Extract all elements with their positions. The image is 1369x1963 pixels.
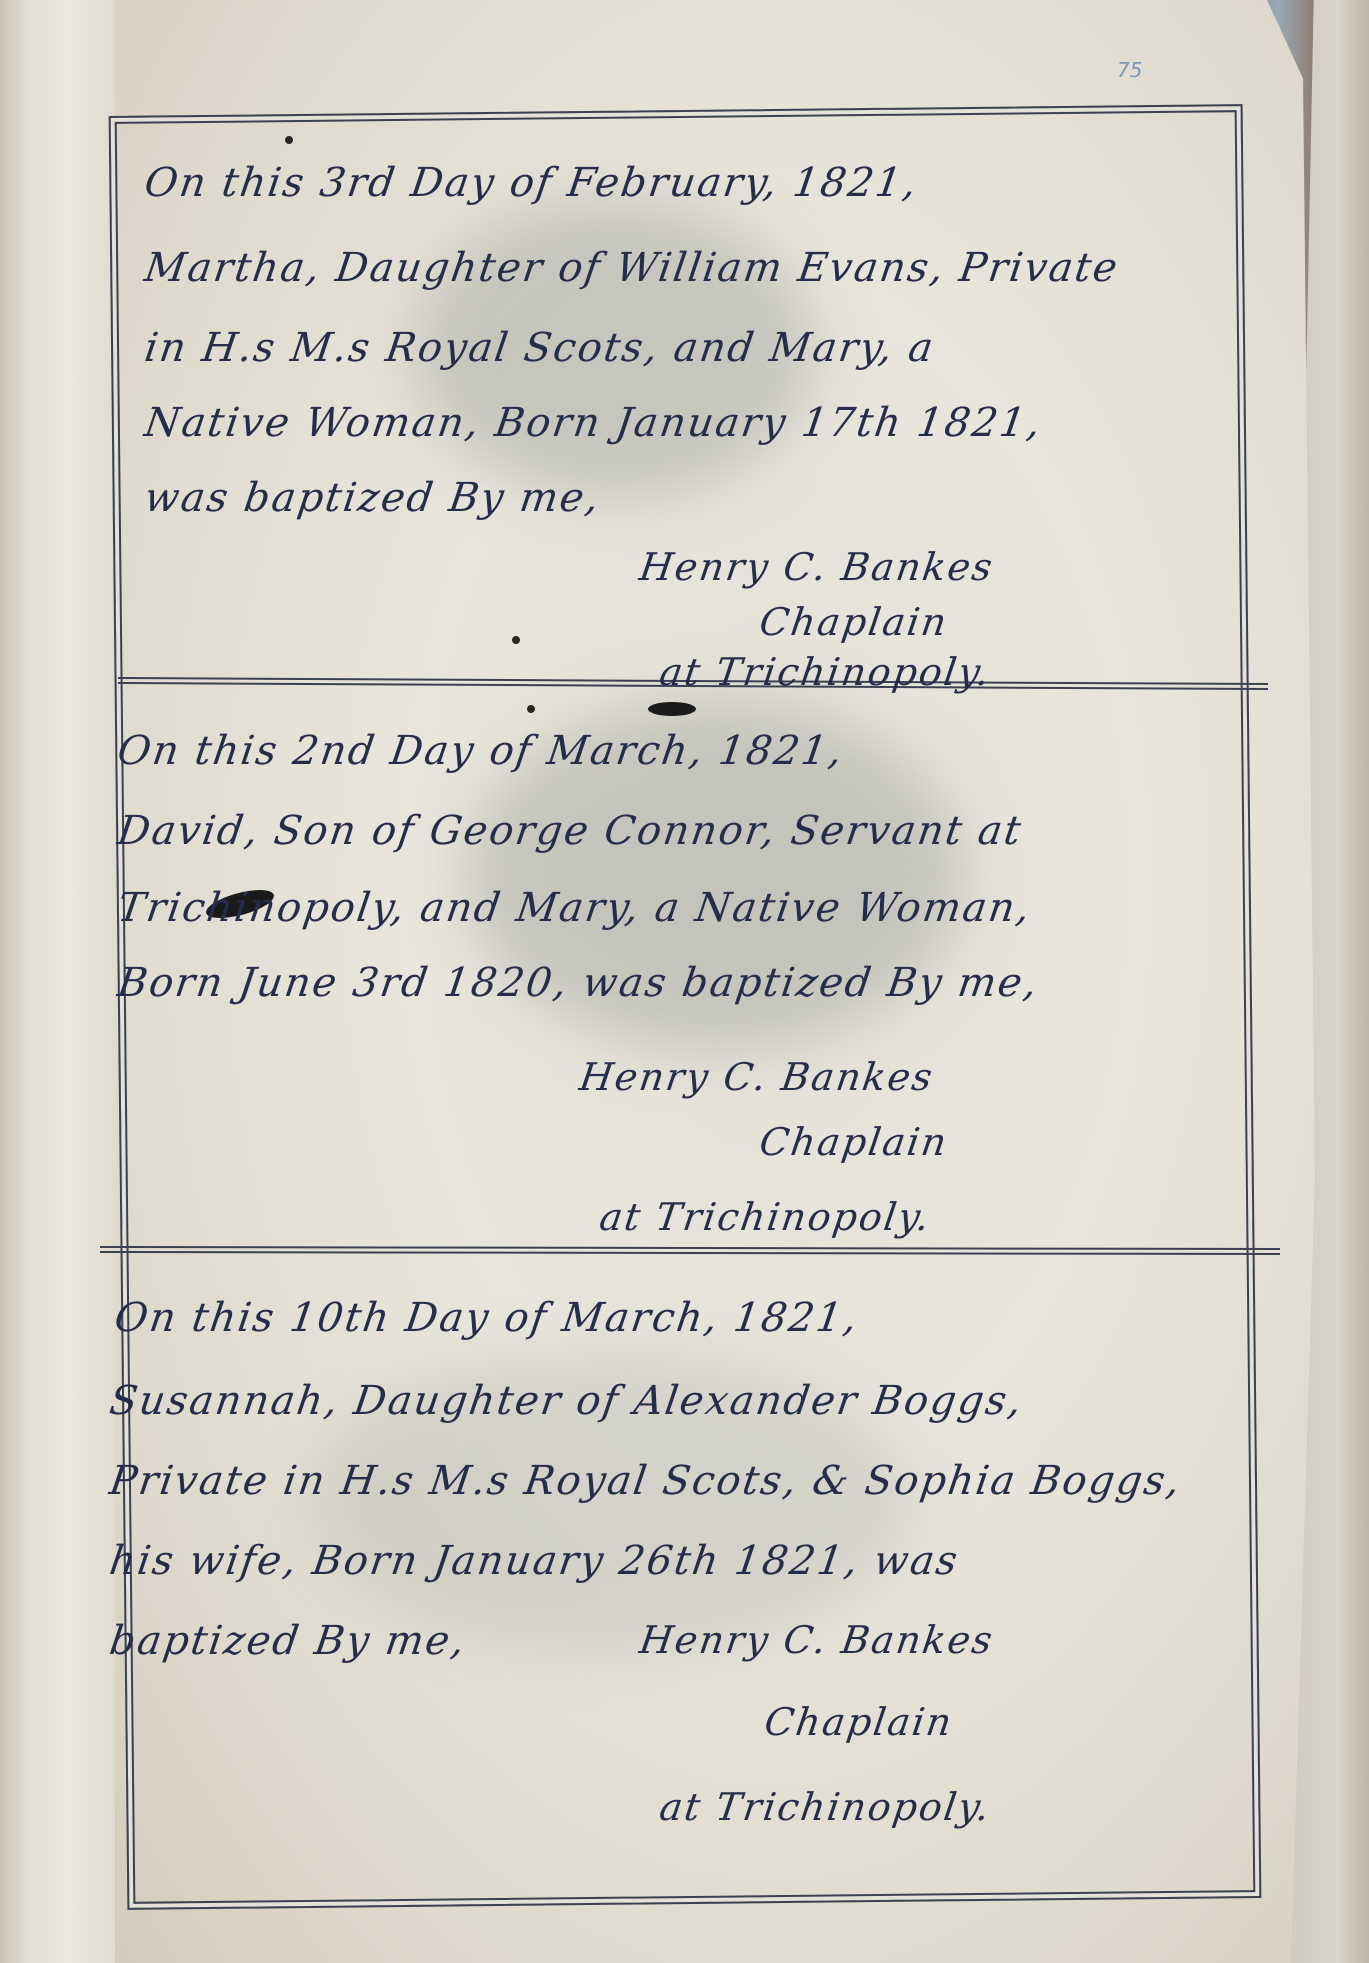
signature-place: at Trichinopoly. xyxy=(657,1785,994,1829)
signature-name: Henry C. Bankes xyxy=(637,545,997,589)
signature-place: at Trichinopoly. xyxy=(657,650,994,694)
entry-line: On this 3rd Day of February, 1821, xyxy=(142,160,921,206)
signature-name: Henry C. Bankes xyxy=(637,1618,997,1662)
pin-hole xyxy=(512,636,520,644)
entry-line: Martha, Daughter of William Evans, Priva… xyxy=(142,245,1122,291)
signature-title: Chaplain xyxy=(757,1120,951,1164)
ink-blot xyxy=(648,702,696,716)
entry-line: Trichinopoly, and Mary, a Native Woman, xyxy=(115,885,1035,931)
signature-name: Henry C. Bankes xyxy=(577,1055,937,1099)
signature-place: at Trichinopoly. xyxy=(597,1195,934,1239)
entry-line: Born June 3rd 1820, was baptized By me, xyxy=(115,960,1042,1006)
pin-hole xyxy=(527,705,535,713)
entry-line: David, Son of George Connor, Servant at xyxy=(115,808,1026,854)
signature-title: Chaplain xyxy=(757,600,951,644)
entry-line: was baptized By me, xyxy=(142,475,604,521)
pin-hole xyxy=(285,136,293,144)
signature-title: Chaplain xyxy=(762,1700,956,1744)
entry-line: On this 10th Day of March, 1821, xyxy=(112,1295,862,1341)
entry-line: Susannah, Daughter of Alexander Boggs, xyxy=(107,1378,1026,1424)
entry-line: in H.s M.s Royal Scots, and Mary, a xyxy=(142,325,938,371)
entry-line: Private in H.s M.s Royal Scots, & Sophia… xyxy=(107,1458,1185,1504)
entry-line: Native Woman, Born January 17th 1821, xyxy=(142,400,1045,446)
entry-line: baptized By me, xyxy=(107,1618,469,1664)
entry-line: On this 2nd Day of March, 1821, xyxy=(115,728,847,774)
binding-stub xyxy=(0,0,120,1963)
folio-number: 75 xyxy=(1117,58,1142,82)
entry-line: his wife, Born January 26th 1821, was xyxy=(107,1538,962,1584)
